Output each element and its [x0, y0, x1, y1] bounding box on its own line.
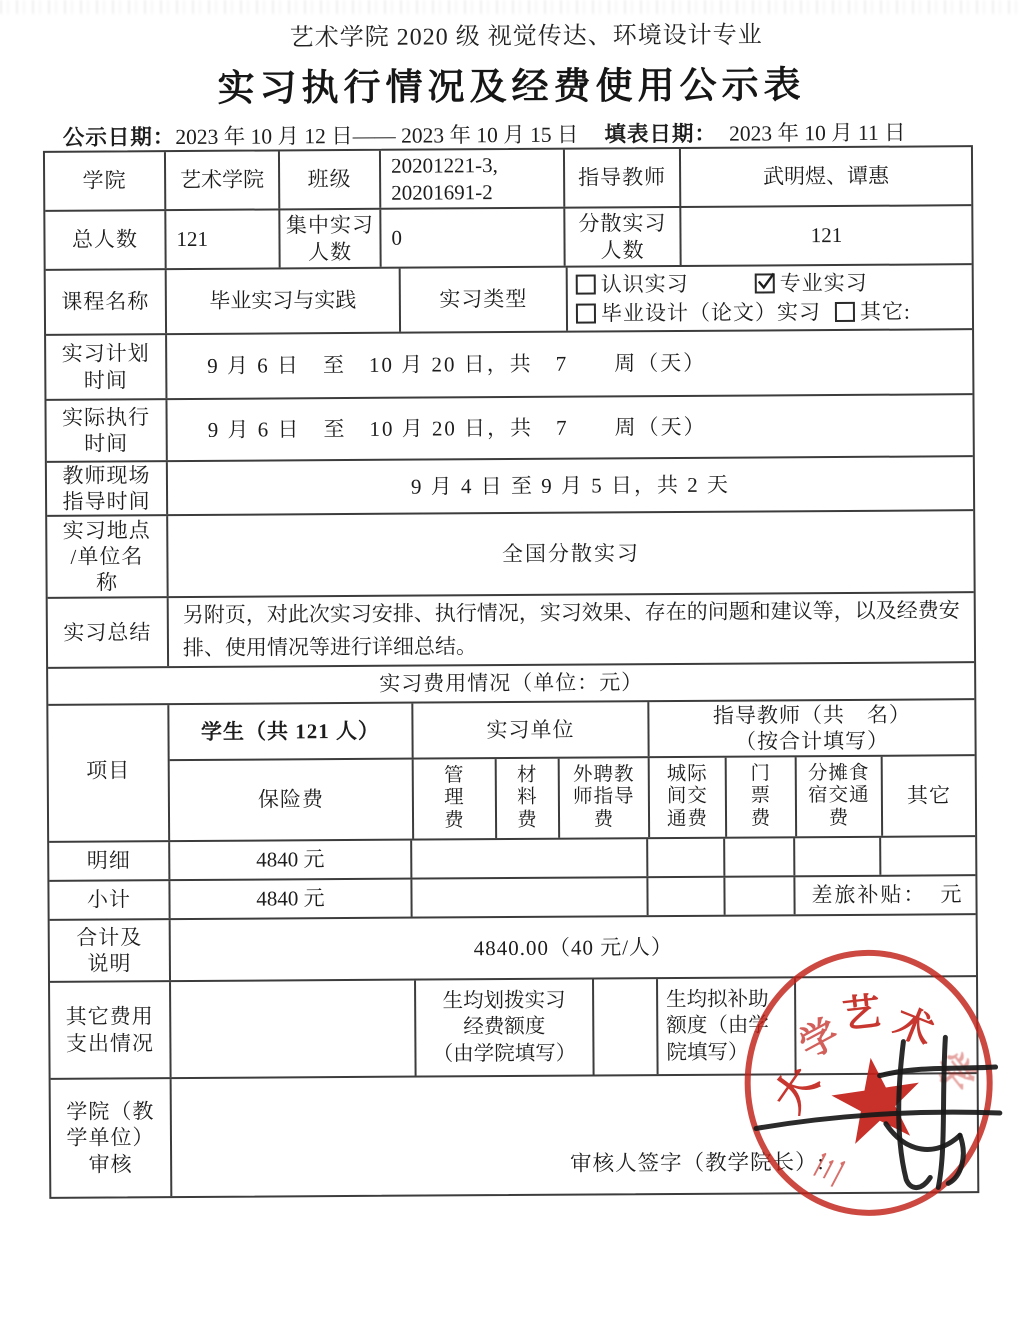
advisor-label: 指导教师 — [563, 149, 679, 207]
option-renshi-shixi: 认识实习 — [576, 270, 689, 299]
option-qita: 其它: — [835, 297, 911, 326]
empty-cell — [723, 838, 793, 875]
info-row-guidance-time: 教师现场 指导时间 9 月 4 日 至 9 月 5 日，共 2 天 — [47, 455, 973, 515]
info-row-summary: 实习总结 另附页，对此次实习安排、执行情况，实习效果、存在的问题和建议等，以及经… — [48, 591, 974, 667]
actual-time-label: 实际执行 时间 — [46, 400, 165, 461]
subtotal-insurance-value: 4840 元 — [168, 880, 410, 918]
course-name-label: 课程名称 — [46, 270, 165, 334]
fee-group-row: 学生（共 121 人） 实习单位 指导教师（共 名） （按合计填写） — [169, 700, 974, 759]
checkbox-checked-icon — [755, 274, 775, 294]
class-value: 20201221-3, 20201691-2 — [379, 150, 563, 208]
review-row: 学院（教 学单位） 审核 审核人签字（教学院长）: — [51, 1072, 978, 1197]
empty-cell — [646, 878, 723, 915]
other-expense-label: 其它费用 支出情况 — [50, 982, 170, 1078]
empty-cell — [592, 979, 657, 1074]
fill-date-label: 填表日期： — [604, 122, 717, 147]
reviewer-signature-label: 审核人签字（教学院长）: — [570, 1149, 825, 1177]
fee-col-other: 其它 — [881, 756, 975, 836]
empty-cell — [723, 877, 793, 914]
fee-detail-row: 明细 4840 元 — [49, 835, 975, 880]
fee-group-unit: 实习单位 — [411, 702, 647, 757]
per-student-allocation-label: 生均划拨实习 经费额度 （由学院填写） — [414, 980, 593, 1076]
total-count-value: 121 — [164, 210, 278, 268]
total-value: 4840.00（40 元/人） — [169, 915, 976, 980]
guidance-time-value: 9 月 4 日 至 9 月 5 日，共 2 天 — [166, 457, 973, 514]
subtotal-row-label: 小计 — [49, 881, 168, 919]
internship-type-options: 认识实习 专业实习 毕业设计（论文）实习 — [566, 265, 972, 330]
page-background: { "page": { "subtitle": "艺术学院 2020 级 视觉传… — [0, 0, 1024, 1342]
empty-cell — [410, 878, 646, 916]
option-label: 专业实习 — [780, 269, 868, 298]
empty-cell — [879, 837, 975, 875]
option-label: 毕业设计（论文）实习 — [601, 298, 821, 328]
fee-col-external-teacher: 外聘教 师指导 费 — [558, 758, 648, 838]
option-zhuanye-shixi: 专业实习 — [755, 269, 868, 298]
class-label: 班级 — [278, 151, 379, 209]
dispersed-count-value: 121 — [679, 206, 971, 265]
fee-col-ticket: 门 票 费 — [725, 757, 795, 836]
fee-col-intercity: 城际 间交 通费 — [648, 758, 725, 837]
fee-group-students: 学生（共 121 人） — [169, 704, 411, 759]
empty-cell — [410, 839, 646, 877]
fee-section-header: 实习费用情况（单位：元） — [48, 663, 974, 704]
form-title: 实习执行情况及经费使用公示表 — [0, 53, 1024, 113]
info-row-counts: 总人数 121 集中实习 人数 0 分散实习 人数 121 — [45, 204, 971, 269]
fee-group-teachers: 指导教师（共 名） （按合计填写） — [647, 700, 974, 756]
actual-time-value: 9 月 6 日 至 10 月 20 日，共 7 周（天） — [165, 395, 972, 460]
info-row-college: 学院 艺术学院 班级 20201221-3, 20201691-2 指导教师 武… — [45, 147, 971, 210]
total-count-label: 总人数 — [45, 211, 164, 269]
fee-col-material: 材 料 费 — [495, 759, 558, 838]
fee-section-header-row: 实习费用情况（单位：元） — [48, 661, 974, 704]
checkbox-unchecked-icon — [835, 302, 855, 322]
option-label: 其它: — [860, 297, 911, 326]
check-icon — [755, 271, 777, 293]
fee-col-insurance: 保险费 — [170, 760, 412, 840]
fee-subcol-row: 保险费 管 理 费 材 料 费 外聘教 师指导 费 城际 间交 通费 门 票 费… — [170, 754, 975, 840]
college-value: 艺术学院 — [164, 151, 278, 209]
empty-cell — [794, 977, 977, 1073]
location-label: 实习地点 /单位名 称 — [47, 516, 166, 597]
dispersed-count-label: 分散实习 人数 — [563, 208, 679, 266]
course-name-value: 毕业实习与实践 — [165, 269, 399, 333]
empty-cell — [793, 838, 879, 876]
option-biye-sheji: 毕业设计（论文）实习 — [576, 298, 821, 328]
fee-total-row: 合计及 说明 4840.00（40 元/人） — [50, 913, 976, 981]
travel-allowance-cell: 差旅补贴： 元 — [793, 876, 975, 914]
fee-header-columns: 学生（共 121 人） 实习单位 指导教师（共 名） （按合计填写） 保险费 管… — [167, 700, 975, 840]
guidance-time-label: 教师现场 指导时间 — [47, 462, 166, 515]
info-row-course: 课程名称 毕业实习与实践 实习类型 认识实习 专业实习 — [46, 263, 972, 334]
fee-header-row: 项目 学生（共 121 人） 实习单位 指导教师（共 名） （按合计填写） 保险… — [48, 698, 975, 841]
other-expense-row: 其它费用 支出情况 生均划拨实习 经费额度 （由学院填写） 生均拟补助 额度（由… — [50, 975, 977, 1078]
form-subtitle: 艺术学院 2020 级 视觉传达、环境设计专业 — [0, 13, 1024, 54]
checkbox-unchecked-icon — [576, 275, 596, 295]
fee-item-label: 项目 — [48, 705, 168, 837]
option-label: 认识实习 — [601, 270, 689, 299]
fee-subtotal-row: 小计 4840 元 差旅补贴： 元 — [49, 874, 975, 919]
checkbox-line-2: 毕业设计（论文）实习 其它: — [576, 297, 964, 328]
publish-date-range: 2023 年 10 月 12 日—— 2023 年 10 月 15 日 — [175, 123, 578, 149]
review-label: 学院（教 学单位） 审核 — [51, 1079, 171, 1197]
scanned-form-sheet: 艺术学院 2020 级 视觉传达、环境设计专业 实习执行情况及经费使用公示表 公… — [0, 0, 1024, 1342]
info-row-actual-time: 实际执行 时间 9 月 6 日 至 10 月 20 日，共 7 周（天） — [46, 393, 972, 461]
college-label: 学院 — [45, 152, 164, 210]
plan-time-label: 实习计划 时间 — [46, 335, 165, 399]
fee-col-lodging: 分摊食 宿交通 费 — [795, 757, 881, 837]
fee-col-management: 管 理 费 — [412, 759, 495, 839]
review-content-cell: 审核人签字（教学院长）: — [170, 1074, 978, 1196]
publish-date-label: 公示日期： — [63, 125, 176, 150]
checkbox-line-1: 认识实习 专业实习 — [576, 268, 964, 299]
advisor-value: 武明煜、谭惠 — [679, 147, 971, 206]
fill-date-value: 2023 年 10 月 11 日 — [729, 121, 906, 146]
summary-value: 另附页，对此次实习安排、执行情况，实习效果、存在的问题和建议等，以及经费安排、使… — [167, 593, 974, 666]
info-row-location: 实习地点 /单位名 称 全国分散实习 — [47, 509, 973, 597]
empty-cell — [646, 839, 723, 876]
detail-insurance-value: 4840 元 — [168, 841, 410, 879]
location-value: 全国分散实习 — [166, 511, 973, 596]
empty-cell — [169, 981, 415, 1077]
form-table: 学院 艺术学院 班级 20201221-3, 20201691-2 指导教师 武… — [43, 145, 979, 1199]
centralized-count-label: 集中实习 人数 — [278, 210, 379, 268]
checkbox-unchecked-icon — [576, 303, 596, 323]
travel-allowance-label: 差旅补贴： — [811, 882, 926, 909]
total-row-label: 合计及 说明 — [50, 920, 169, 981]
detail-row-label: 明细 — [49, 842, 168, 880]
travel-allowance-unit: 元 — [940, 882, 963, 908]
internship-type-label: 实习类型 — [399, 268, 566, 332]
plan-time-value: 9 月 6 日 至 10 月 20 日，共 7 周（天） — [165, 330, 972, 398]
info-row-plan-time: 实习计划 时间 9 月 6 日 至 10 月 20 日，共 7 周（天） — [46, 328, 972, 399]
centralized-count-value: 0 — [379, 209, 563, 267]
per-student-subsidy-label: 生均拟补助 额度（由学 院填写） — [656, 978, 795, 1074]
summary-label: 实习总结 — [48, 598, 167, 667]
